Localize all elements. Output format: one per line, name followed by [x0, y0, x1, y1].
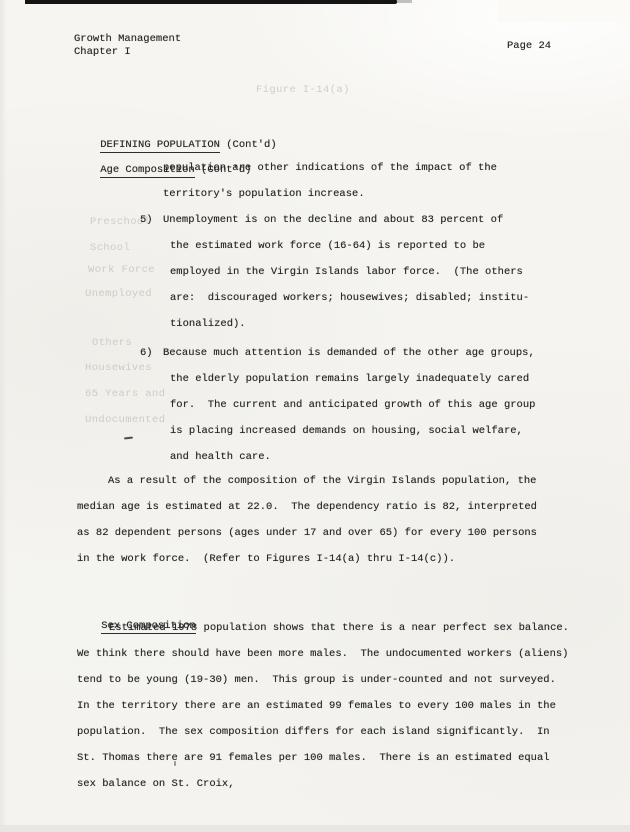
list-item-body: Because much attention is demanded of th… [170, 340, 535, 470]
scan-left-edge-shadow [0, 0, 7, 832]
summary-paragraph: As a result of the composition of the Vi… [77, 468, 537, 572]
text-line: As a result of the composition of the Vi… [77, 468, 537, 494]
text-line: the elderly population remains largely i… [170, 366, 535, 392]
text-line: Unemployment is on the decline and about… [163, 207, 529, 233]
page-number: Page 24 [507, 40, 551, 53]
page-number-label: Page 24 [507, 40, 551, 53]
text-line: are: discouraged workers; housewives; di… [170, 285, 529, 311]
list-item-number: 5) [140, 207, 153, 233]
scanned-document-page: Figure I-14(a) Preschool School Work For… [0, 0, 630, 832]
list-item-5: 5) Unemployment is on the decline and ab… [140, 207, 529, 337]
text-line: employed in the Virgin Islands labor for… [170, 259, 529, 285]
text-line: population are other indications of the … [163, 155, 497, 181]
list-item-number: 6) [140, 340, 153, 366]
stray-pen-mark [124, 436, 133, 439]
header-chapter-line: Chapter I [74, 46, 181, 59]
ghost-bleedthrough-text: School [90, 242, 130, 254]
text-line: Because much attention is demanded of th… [163, 340, 535, 366]
list-item-body: Unemployment is on the decline and about… [170, 207, 529, 337]
text-line: median age is estimated at 22.0. The dep… [77, 494, 537, 520]
text-line: In the territory there are an estimated … [77, 693, 569, 719]
scan-top-black-bar [25, 0, 397, 4]
ghost-bleedthrough-text: Others [92, 337, 132, 349]
text-line: tend to be young (19-30) men. This group… [77, 667, 569, 693]
header-org-line: Growth Management [74, 33, 181, 46]
text-line: for. The current and anticipated growth … [170, 392, 535, 418]
text-line: in the work force. (Refer to Figures I-1… [77, 546, 537, 572]
subsection-heading-age-composition: Age Composition (Cont'd) [75, 131, 251, 157]
section-heading-defining-population: DEFINING POPULATION (Cont'd) [75, 106, 277, 132]
text-line: and health care. [170, 444, 535, 470]
text-line: population. The sex composition differs … [77, 719, 569, 745]
text-line: as 82 dependent persons (ages under 17 a… [77, 520, 537, 546]
text-line: tionalized). [170, 311, 529, 337]
carryover-paragraph: population are other indications of the … [163, 155, 497, 207]
sex-composition-paragraph: Estimated 1978 population shows that the… [77, 615, 569, 797]
scan-top-black-bar-fade [396, 0, 412, 3]
running-header: Growth Management Chapter I [74, 33, 181, 59]
section-heading-sex-composition: Sex Composition [76, 587, 196, 613]
scan-bright-patch [498, 0, 630, 22]
text-line: the estimated work force (16-64) is repo… [170, 233, 529, 259]
text-line: territory's population increase. [163, 181, 497, 207]
text-line: We think there should have been more mal… [77, 641, 569, 667]
text-line: sex balance on St. Croix, [77, 771, 569, 797]
scan-bottom-edge-shadow [0, 825, 630, 832]
text-line: is placing increased demands on housing,… [170, 418, 535, 444]
text-line: Estimated 1978 population shows that the… [77, 615, 569, 641]
list-item-6: 6) Because much attention is demanded of… [140, 340, 535, 470]
text-line: St. Thomas there are 91 females per 100 … [77, 745, 569, 771]
ghost-bleedthrough-text: Figure I-14(a) [256, 84, 350, 96]
